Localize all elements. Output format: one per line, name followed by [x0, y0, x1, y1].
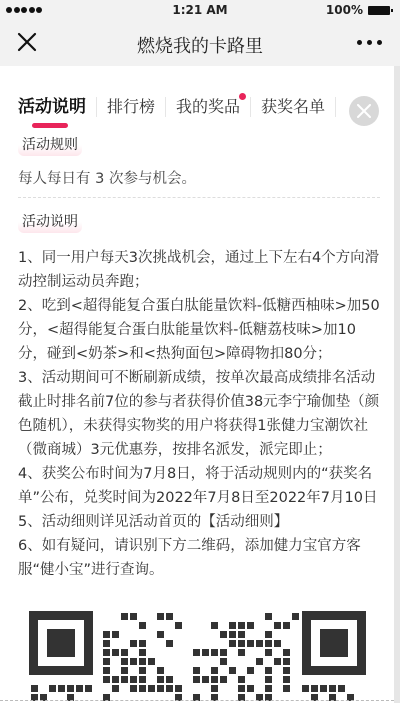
tab-label: 排行榜 — [107, 97, 155, 116]
bottom-divider — [0, 700, 394, 701]
description-item: 2、吃到<超得能复合蛋白肽能量饮料-低糖西柚味>加50分，<超得能复合蛋白肽能量… — [18, 294, 380, 366]
tab-label: 活动说明 — [18, 97, 86, 117]
battery-status: 100% — [326, 3, 390, 17]
more-dots-icon[interactable] — [357, 40, 382, 45]
tab-label: 获奖名单 — [261, 97, 325, 116]
description-item: 5、活动细则详见活动首页的【活动细则】 — [18, 510, 380, 534]
tab-bar: 活动说明 排行榜 我的奖品 获奖名单 — [18, 96, 336, 118]
description-item: 4、获奖公布时间为7月8日，将于活动规则内的“获奖名单”公布，兑奖时间为2022… — [18, 462, 380, 510]
tab-divider — [335, 97, 336, 117]
battery-icon — [368, 6, 390, 15]
page-title: 燃烧我的卡路里 — [0, 32, 400, 58]
rules-text: 每人每日有 3 次参与机会。 — [18, 167, 196, 188]
tab-activity-description[interactable]: 活动说明 — [18, 96, 96, 118]
tab-winners-list[interactable]: 获奖名单 — [251, 96, 335, 118]
section-divider — [18, 197, 380, 198]
section-label-rules: 活动规则 — [18, 132, 82, 156]
battery-percent: 100% — [326, 3, 363, 17]
status-bar: 1:21 AM 100% — [0, 0, 400, 20]
description-item: 1、同一用户每天3次挑战机会，通过上下左右4个方向滑动控制运动员奔跑； — [18, 246, 380, 294]
nav-bar: 燃烧我的卡路里 — [0, 20, 400, 66]
description-list: 1、同一用户每天3次挑战机会，通过上下左右4个方向滑动控制运动员奔跑； 2、吃到… — [18, 246, 380, 582]
description-item: 6、如有疑问，请识别下方二维码，添加健力宝官方客服“健小宝”进行查询。 — [18, 534, 380, 582]
qr-code[interactable] — [29, 611, 367, 703]
tab-my-prizes[interactable]: 我的奖品 — [166, 96, 250, 118]
description-item: 3、活动期间可不断刷新成绩，按单次最高成绩排名活动截止时排名前7位的参与者获得价… — [18, 366, 380, 462]
notification-badge — [239, 93, 246, 100]
close-icon — [357, 104, 371, 118]
section-label-description: 活动说明 — [18, 209, 82, 233]
modal-close-button[interactable] — [349, 96, 379, 126]
tab-leaderboard[interactable]: 排行榜 — [97, 96, 165, 118]
modal-backdrop[interactable] — [394, 66, 400, 703]
tab-label: 我的奖品 — [176, 97, 240, 116]
active-tab-indicator — [32, 123, 68, 128]
activity-info-panel: 活动说明 排行榜 我的奖品 获奖名单 活动规则 每人每日有 3 次参与机会。 活… — [0, 66, 394, 703]
